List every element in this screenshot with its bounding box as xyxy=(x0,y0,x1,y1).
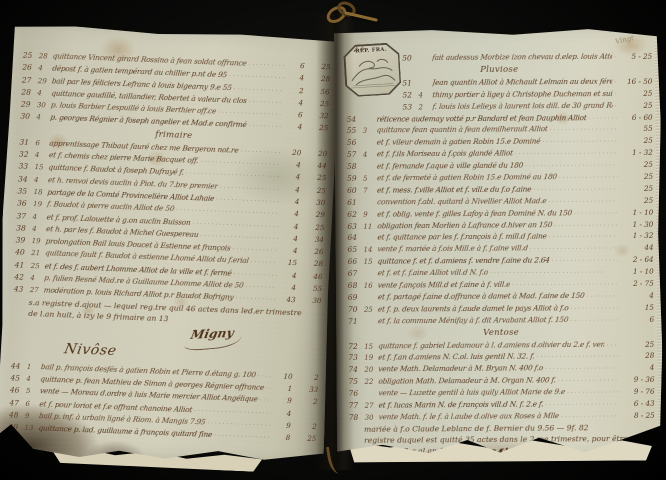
entry-amount-2: 20 xyxy=(301,148,327,158)
leader-dots: · · · · · · · · · · · · · · · · · · · · … xyxy=(231,270,276,279)
entry-text: vente Math. f. le f. à l.aube d.olive au… xyxy=(378,411,559,421)
entry-day: 28 xyxy=(39,52,53,61)
entry-number: 42 xyxy=(14,272,30,282)
entry-text: et f. et f. f.aine Alliot vill.d N. f.o xyxy=(377,268,488,278)
entry-number: 51 xyxy=(402,78,418,87)
entry-number: 66 xyxy=(348,257,364,266)
entry-amount: 6 xyxy=(618,314,654,323)
entry-amount: 10 xyxy=(273,371,293,381)
entry-day: 30 xyxy=(365,414,379,422)
entry-number: 61 xyxy=(347,198,363,207)
entry-day: 4 xyxy=(36,114,50,123)
entry-day: 15 xyxy=(34,163,48,172)
leader-dots: · · · · · · · · · · · · · · · · · · · · … xyxy=(238,148,281,157)
entry-amount: 9 xyxy=(272,396,292,406)
entry-amount: 4 xyxy=(279,209,299,219)
entry-number: 46 xyxy=(10,386,26,396)
entry-text: et f. quittance par les f. f.rançois à f… xyxy=(377,232,547,242)
entry-day: 1 xyxy=(27,363,41,372)
entry-amount-2: 34 xyxy=(298,234,324,244)
leader-dots: · · · · · · · · · · · · · · · · · · · · … xyxy=(192,407,271,417)
entry-text: et f. f.ils Moriseau à f.çois glandé All… xyxy=(376,149,513,159)
entry-text: obligation Math. Delamadeur à M. Organ N… xyxy=(378,376,556,386)
entry-amount: 9 - 36 xyxy=(618,375,654,384)
entry-number: 39 xyxy=(16,236,32,246)
leader-dots: · · · · · · · · · · · · · · · · · · · · … xyxy=(550,257,618,264)
entry-amount: 20 xyxy=(281,147,301,157)
entry-amount: 1 - 32 xyxy=(617,148,653,157)
entry-amount: 4 xyxy=(279,196,299,206)
entry-number: 36 xyxy=(17,199,33,209)
entry-number: 29 xyxy=(21,100,37,110)
entry-amount-2: 25 xyxy=(298,222,324,232)
entry-number: 55 xyxy=(347,126,363,135)
leader-dots: · · · · · · · · · · · · · · · · · · · · … xyxy=(528,245,618,253)
leader-dots: · · · · · · · · · · · · · · · · · · · · … xyxy=(613,103,617,110)
entry-number: 74 xyxy=(348,365,364,374)
leader-dots: · · · · · · · · · · · · · · · · · · · · … xyxy=(198,232,278,242)
entry-number: 65 xyxy=(348,245,364,254)
entry-text: vente Math. Delamadeur à M. Bryan N. 400… xyxy=(378,364,544,374)
entry-day: 4 xyxy=(37,89,51,98)
entry-day: 16 xyxy=(364,282,378,290)
entry-text: et f. p. deux laurents à f.aude damet le… xyxy=(378,303,569,313)
leader-dots: · · · · · · · · · · · · · · · · · · · · … xyxy=(557,174,617,181)
entry-amount: 2 - 75 xyxy=(618,279,654,288)
entry-day: 30 xyxy=(37,101,51,110)
entry-day: 11 xyxy=(363,222,377,230)
leader-dots: · · · · · · · · · · · · · · · · · · · · … xyxy=(612,91,616,98)
entry-amount-2: 32 xyxy=(303,110,329,120)
leader-dots: · · · · · · · · · · · · · · · · · · · · … xyxy=(556,377,619,384)
entry-day: 2 xyxy=(419,103,433,111)
entry-day: 9 xyxy=(363,210,377,218)
entry-amount: 4 xyxy=(271,408,291,418)
entry-day: 29 xyxy=(38,77,52,86)
leader-dots: · · · · · · · · · · · · · · · · · · · · … xyxy=(190,220,278,230)
entry-number: 77 xyxy=(349,401,365,410)
entry-text: et f. f.an d.amiens N. C.ol. luis gentil… xyxy=(378,352,535,362)
entry-number: 62 xyxy=(347,209,363,218)
entry-amount: 1 - 10 xyxy=(617,207,653,216)
entry-day: 4 xyxy=(35,151,49,160)
register-right-page: REP. FRA. 22 Vingt 50fait audessus Morbi… xyxy=(334,28,663,458)
leader-dots: · · · · · · · · · · · · · · · · · · · · … xyxy=(264,385,272,392)
entry-day: 5 xyxy=(26,387,40,396)
entry-amount-2: 28 xyxy=(304,74,330,84)
entry-day: 19 xyxy=(364,354,378,362)
entry-amount: 2 - 64 xyxy=(618,255,654,264)
entry-amount-2: 30 xyxy=(295,296,321,306)
entry-amount: 4 xyxy=(618,291,654,300)
entry-amount: 16 - 50 xyxy=(616,77,652,86)
leader-dots: · · · · · · · · · · · · · · · · · · · · … xyxy=(247,98,284,106)
entry-number: 75 xyxy=(348,377,364,386)
entry-amount: 25 xyxy=(617,172,653,181)
entry-day: 19 xyxy=(32,237,46,246)
entry-number: 44 xyxy=(11,361,27,371)
entry-number: 28 xyxy=(21,87,37,97)
entry-day: 3 xyxy=(363,127,377,135)
entry-amount-2: 26 xyxy=(297,246,323,256)
entry-amount: 1 xyxy=(272,383,292,393)
entry-number: 52 xyxy=(402,90,418,99)
leader-dots: · · · · · · · · · · · · · · · · · · · · … xyxy=(548,126,617,133)
entry-amount: 8 - 25 xyxy=(619,411,655,420)
entry-amount: 9 - 76 xyxy=(619,387,655,396)
entry-amount: 25 xyxy=(617,184,653,193)
entry-day: 22 xyxy=(364,378,378,386)
month-heading: Ventose xyxy=(348,326,654,341)
entry-amount: 15 xyxy=(277,258,297,268)
entry-day: 4 xyxy=(38,64,52,73)
entry-number: 53 xyxy=(403,102,419,111)
entry-amount-2: 44 xyxy=(301,160,327,170)
entry-text: fait audessus Morbize izon chevau d.elep… xyxy=(432,52,613,62)
leader-dots: · · · · · · · · · · · · · · · · · · · · … xyxy=(231,85,283,94)
entry-text: réticence audemay votté p.r Bandard et f… xyxy=(376,113,587,123)
entry-amount: 4 xyxy=(276,282,296,292)
entry-amount: 4 xyxy=(283,97,303,107)
entry-amount: 55 xyxy=(617,124,653,133)
entry-number: 33 xyxy=(18,162,34,172)
entry-day: 25 xyxy=(31,262,45,271)
entry-amount-2: 2 xyxy=(291,421,317,431)
entry-day: 4 xyxy=(32,225,46,234)
entry-number: 26 xyxy=(22,63,38,73)
leader-dots: · · · · · · · · · · · · · · · · · · · · … xyxy=(568,317,618,324)
entry-amount-2: 25 xyxy=(290,433,316,443)
entry-day: 27 xyxy=(30,286,44,295)
entry-day: 14 xyxy=(364,246,378,254)
leader-dots: · · · · · · · · · · · · · · · · · · · · … xyxy=(552,222,617,229)
entry-number: 64 xyxy=(347,233,363,242)
stamp-engraving-icon xyxy=(346,52,398,91)
entry-text: vente f. mariée à f.ois Mill.e à f. f.ai… xyxy=(377,244,528,254)
leader-dots: · · · · · · · · · · · · · · · · · · · · … xyxy=(523,162,617,170)
entry-amount: 6 xyxy=(283,110,303,120)
entry-number: 47 xyxy=(9,398,25,408)
entry-amount-2: 46 xyxy=(296,271,322,281)
entry-day: 19 xyxy=(33,200,47,209)
entry-number: 37 xyxy=(16,211,32,221)
entry-amount: 44 xyxy=(617,243,653,252)
entry-number: 58 xyxy=(347,162,363,171)
entry-amount-2: 2 xyxy=(293,372,319,382)
entry-amount: 4 xyxy=(282,122,302,132)
entry-text: obligation fean Morlien à Lafrance d.hiv… xyxy=(377,220,553,230)
leader-dots: · · · · · · · · · · · · · · · · · · · · … xyxy=(547,233,618,240)
entry-amount: 4 xyxy=(281,160,301,170)
register-left-page: 2528quittance Vincent girard Rossino à f… xyxy=(0,24,340,466)
leader-dots: · · · · · · · · · · · · · · · · · · · · … xyxy=(565,389,619,396)
revenue-stamp: REP. FRA. 22 xyxy=(343,42,402,97)
entry-day: 18 xyxy=(33,188,47,197)
entry-amount: 8 xyxy=(270,432,290,442)
leader-dots: · · · · · · · · · · · · · · · · · · · · … xyxy=(174,207,279,218)
entry-text: quittance f. gabriel Ledamour à l. d.ami… xyxy=(378,339,605,350)
leader-dots: · · · · · · · · · · · · · · · · · · · · … xyxy=(233,295,275,304)
entry-number: 73 xyxy=(348,353,364,362)
entry-day: 4 xyxy=(26,375,40,384)
entry-text: et f. la commune Ménifay à f. dit Arvaba… xyxy=(378,315,569,325)
entry-amount: 2 xyxy=(284,85,304,95)
binding-twine xyxy=(300,0,384,36)
entry-text: quittance fean quantin à fean demilherau… xyxy=(376,125,548,135)
leader-dots: · · · · · · · · · · · · · · · · · · · · … xyxy=(612,79,616,86)
leader-dots: · · · · · · · · · · · · · · · · · · · · … xyxy=(227,73,284,82)
leader-dots: · · · · · · · · · · · · · · · · · · · · … xyxy=(540,138,616,146)
entry-number: 35 xyxy=(17,186,33,196)
leader-dots: · · · · · · · · · · · · · · · · · · · · … xyxy=(243,283,276,291)
leader-dots: · · · · · · · · · · · · · · · · · · · · … xyxy=(212,432,270,441)
entry-text: thimy portier à ligey à Christophe Duche… xyxy=(432,89,613,99)
entry-day: 4 xyxy=(363,151,377,159)
leader-dots: · · · · · · · · · · · · · · · · · · · · … xyxy=(248,259,277,267)
entry-amount: 15 xyxy=(618,303,654,312)
entry-day: 4 xyxy=(418,91,432,99)
leader-dots: · · · · · · · · · · · · · · · · · · · · … xyxy=(535,354,619,362)
leader-dots: · · · · · · · · · · · · · · · · · · · · … xyxy=(198,158,281,168)
entry-number: 78 xyxy=(349,413,365,422)
leader-dots: · · · · · · · · · · · · · · · · · · · · … xyxy=(546,198,617,205)
entry-number: 56 xyxy=(347,138,363,147)
entry-number: 45 xyxy=(10,373,26,383)
entry-day: 27 xyxy=(365,402,379,410)
entry-amount: 4 xyxy=(280,172,300,182)
entry-amount: 4 xyxy=(280,184,300,194)
entry-amount: 4 xyxy=(618,363,654,372)
leader-dots: · · · · · · · · · · · · · · · · · · · · … xyxy=(246,61,284,69)
leader-dots: · · · · · · · · · · · · · · · · · · · · … xyxy=(584,293,617,300)
entry-day: 25 xyxy=(364,306,378,314)
entry-day: 9 xyxy=(25,412,39,421)
entry-amount: 25 xyxy=(617,136,653,145)
entry-number: 63 xyxy=(347,221,363,230)
photographed-register-spread: 2528quittance Vincent girard Rossino à f… xyxy=(0,0,666,480)
entry-amount-2: 56 xyxy=(303,86,329,96)
entry-amount-2: 28 xyxy=(297,259,323,269)
leader-dots: · · · · · · · · · · · · · · · · · · · · … xyxy=(205,420,271,430)
entry-number: 50 xyxy=(402,53,418,62)
leader-dots: · · · · · · · · · · · · · · · · · · · · … xyxy=(247,123,283,131)
entry-text: et f. lucas Marin N. de f.rançois vill.d… xyxy=(378,400,544,410)
entry-number: 49 xyxy=(8,422,24,432)
leader-dots: · · · · · · · · · · · · · · · · · · · · … xyxy=(531,186,617,194)
entry-text: vente — Luzette gentil à luis quily Alli… xyxy=(378,387,566,397)
entry-day: 15 xyxy=(364,342,378,350)
entry-number: 31 xyxy=(19,137,35,147)
entry-number: 41 xyxy=(15,260,31,270)
entry-amount-2: 55 xyxy=(296,283,322,293)
entry-number: 27 xyxy=(22,75,38,85)
entry-text: et f. fernande f.aque à ville glandé du … xyxy=(377,161,524,171)
entry-day: 4 xyxy=(32,213,46,222)
entry-amount: 4 xyxy=(277,246,297,256)
entry-amount: 43 xyxy=(275,295,295,305)
leader-dots: · · · · · · · · · · · · · · · · · · · · … xyxy=(587,115,617,122)
entry-day: 15 xyxy=(364,258,378,266)
leader-dots: · · · · · · · · · · · · · · · · · · · · … xyxy=(184,170,281,181)
leader-dots: · · · · · · · · · · · · · · · · · · · · … xyxy=(543,401,618,409)
entry-day: 4 xyxy=(30,274,44,283)
entry-amount: 28 xyxy=(618,351,654,360)
left-page-entries: 2528quittance Vincent girard Rossino à f… xyxy=(8,51,331,447)
entry-text: vente f.ançois Mill.d et f.aine à f. vil… xyxy=(377,280,510,290)
entry-day: 4 xyxy=(34,176,48,185)
entry-amount-2: 25 xyxy=(300,173,326,183)
entry-amount-2 xyxy=(291,416,317,417)
entry-amount: 1 - 10 xyxy=(618,267,654,276)
entry-day: 13 xyxy=(24,424,38,433)
leader-dots: · · · · · · · · · · · · · · · · · · · · … xyxy=(513,150,617,158)
entry-number: 43 xyxy=(14,285,30,295)
entry-number: 34 xyxy=(18,174,34,184)
leader-dots: · · · · · · · · · · · · · · · · · · · · … xyxy=(214,196,279,205)
entry-amount: 25 xyxy=(618,339,654,348)
entry-number: 70 xyxy=(348,305,364,314)
entry-number: 40 xyxy=(15,248,31,258)
entry-amount-2: 30 xyxy=(299,197,325,207)
entry-number: 69 xyxy=(348,293,364,302)
entry-text: quittance f. et f. d.amiens f. vendre f.… xyxy=(377,256,550,266)
entry-number: 57 xyxy=(347,150,363,159)
leader-dots: · · · · · · · · · · · · · · · · · · · · … xyxy=(488,269,618,277)
entry-text: Jean quantin Alliot à Michault Lelmain a… xyxy=(432,77,613,87)
entry-amount: 1 - 30 xyxy=(617,219,653,228)
entry-amount: 25 xyxy=(617,100,653,109)
entry-number: 72 xyxy=(348,341,364,350)
entry-number: 25 xyxy=(23,51,39,61)
entry-amount-2: 25 xyxy=(300,185,326,195)
entry-amount-2: 25 xyxy=(303,98,329,108)
leader-dots: · · · · · · · · · · · · · · · · · · · · … xyxy=(216,109,283,119)
entry-amount: 6 xyxy=(284,61,304,71)
entry-day: 6 xyxy=(35,139,49,148)
entry-amount: 4 xyxy=(284,73,304,83)
leader-dots: · · · · · · · · · · · · · · · · · · · · … xyxy=(612,54,616,61)
entry-number: 76 xyxy=(349,389,365,398)
entry-day: 20 xyxy=(364,366,378,374)
entry-day: 21 xyxy=(31,249,45,258)
entry-amount-2: 33 xyxy=(292,384,318,394)
entry-text: et f. mess. f.ville Alliot et f. vill.e … xyxy=(377,185,532,195)
entry-number: 48 xyxy=(9,410,25,420)
entry-day: 7 xyxy=(363,187,377,195)
leader-dots: · · · · · · · · · · · · · · · · · · · · … xyxy=(218,184,280,193)
entry-amount: 25 xyxy=(617,160,653,169)
entry-text: et f. partagé f.aine d.offrance à damet … xyxy=(377,291,585,301)
entry-amount: 5 - 25 xyxy=(616,52,652,61)
entry-amount: 6 - 43 xyxy=(619,399,655,408)
entry-number: 60 xyxy=(347,186,363,195)
entry-amount: 6 - 60 xyxy=(617,112,653,121)
entry-text: convention f.abl. quitard à Nivellier Al… xyxy=(377,196,547,206)
entry-amount-2: 25 xyxy=(302,123,328,133)
entry-number: 32 xyxy=(19,150,35,160)
leader-dots: · · · · · · · · · · · · · · · · · · · · … xyxy=(510,281,618,289)
entry-amount-2: 29 xyxy=(299,209,325,219)
entry-amount: 4 xyxy=(276,270,296,280)
entry-text: et f. de fermeté à gatien Robin 15.e Dom… xyxy=(377,172,558,182)
entry-text: f. louis lois Lelieys à laurent lois dil… xyxy=(432,100,613,110)
leader-dots: · · · · · · · · · · · · · · · · · · · · … xyxy=(230,246,277,255)
entry-amount: 4 xyxy=(278,221,298,231)
entry-number: 68 xyxy=(348,281,364,290)
leader-dots: · · · · · · · · · · · · · · · · · · · · … xyxy=(569,305,618,312)
entry-day: 5 xyxy=(363,175,377,183)
entry-number: 30 xyxy=(20,112,36,122)
entry-amount: 1 - 32 xyxy=(617,231,653,240)
entry-text: et f. oblig. vente f. gilles Lafoy à fea… xyxy=(377,208,573,218)
entry-number: 67 xyxy=(348,269,364,278)
leader-dots: · · · · · · · · · · · · · · · · · · · · … xyxy=(258,397,272,405)
entry-amount: 4 xyxy=(278,233,298,243)
right-page-entries: 50fait audessus Morbize izon chevau d.el… xyxy=(346,52,655,467)
entry-amount-2: 25 xyxy=(304,61,330,71)
entry-amount: 9 xyxy=(271,420,291,430)
entry-number: 71 xyxy=(348,317,364,326)
entry-number: 54 xyxy=(347,114,363,123)
entry-number: 38 xyxy=(16,223,32,233)
leader-dots: · · · · · · · · · · · · · · · · · · · · … xyxy=(543,365,618,373)
entry-amount-2: 2 xyxy=(292,396,318,406)
entry-text: et f. vileur demain à gatien Robin 15.e … xyxy=(376,137,541,147)
leader-dots: · · · · · · · · · · · · · · · · · · · · … xyxy=(559,413,619,420)
leader-dots: · · · · · · · · · · · · · · · · · · · · … xyxy=(256,372,273,380)
entry-amount: 25 xyxy=(617,196,653,205)
entry-amount: 25 xyxy=(616,89,652,98)
corner-inscription: Vingt xyxy=(614,34,634,46)
leader-dots: · · · · · · · · · · · · · · · · · · · · … xyxy=(605,342,619,349)
leader-dots: · · · · · · · · · · · · · · · · · · · · … xyxy=(572,210,617,217)
entry-number: 59 xyxy=(347,174,363,183)
entry-day: 6 xyxy=(25,399,39,408)
